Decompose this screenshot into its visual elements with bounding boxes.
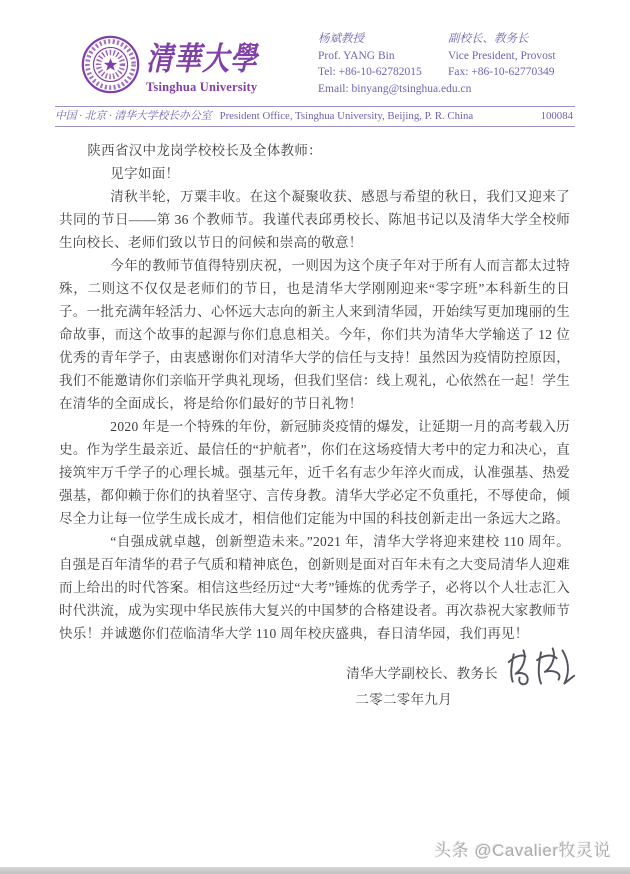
- contact-email: Email: binyang@tsinghua.edu.cn: [318, 81, 580, 98]
- contact-name-en: Prof. YANG Bin: [318, 48, 448, 65]
- university-name-en: Tsinghua University: [146, 80, 316, 95]
- paragraph: 清秋半轮，万粟丰收。在这个凝聚收获、感恩与希望的秋日，我们又迎来了共同的节日——…: [59, 185, 570, 254]
- letter-body: 陕西省汉中龙岗学校校长及全体教师： 见字如面！ 清秋半轮，万粟丰收。在这个凝聚收…: [59, 139, 570, 711]
- contact-name-cn: 杨斌教授: [318, 31, 448, 48]
- contact-fax: Fax: +86-10-62770349: [448, 64, 580, 81]
- address-cn: 中国 · 北京 · 清华大学校长办公室: [55, 107, 212, 126]
- address-en: President Office, Tsinghua University, B…: [220, 107, 474, 126]
- signoff-row: 清华大学副校长、教务长: [59, 660, 570, 686]
- tsinghua-seal-icon: [81, 35, 140, 94]
- paragraph: 2020 年是一个特殊的年份，新冠肺炎疫情的爆发，让延期一月的高考载入历史。作为…: [59, 415, 570, 530]
- university-name-block: 清華大學 Tsinghua University: [146, 33, 316, 95]
- signoff-title: 清华大学副校长、教务长: [346, 662, 498, 685]
- address-postcode: 100084: [541, 107, 575, 126]
- contact-title-en: Vice President, Provost: [448, 48, 580, 65]
- contact-tel: Tel: +86-10-62782015: [318, 64, 448, 81]
- letter-date: 二零二零年九月: [59, 688, 570, 711]
- contact-block: 杨斌教授 副校长、教务长 Prof. YANG Bin Vice Preside…: [318, 31, 580, 97]
- letterhead-address-bar: 中国 · 北京 · 清华大学校长办公室 President Office, Ts…: [55, 106, 575, 127]
- paragraph: “自强成就卓越，创新塑造未来。”2021 年，清华大学将迎来建校 110 周年。…: [59, 530, 570, 645]
- salutation: 陕西省汉中龙岗学校校长及全体教师：: [59, 139, 570, 162]
- page-bottom-edge: [0, 867, 630, 874]
- handwritten-signature-yang-bin: [502, 640, 580, 692]
- toutiao-watermark: 头条 @Cavalier牧灵说: [434, 836, 611, 861]
- contact-title-cn: 副校长、教务长: [448, 31, 580, 48]
- paragraph: 见字如面！: [59, 162, 570, 185]
- paragraph: 今年的教师节值得特别庆祝，一则因为这个庚子年对于所有人而言都太过特殊，二则这不仅…: [59, 254, 570, 415]
- university-name-cn: 清華大學: [146, 33, 316, 79]
